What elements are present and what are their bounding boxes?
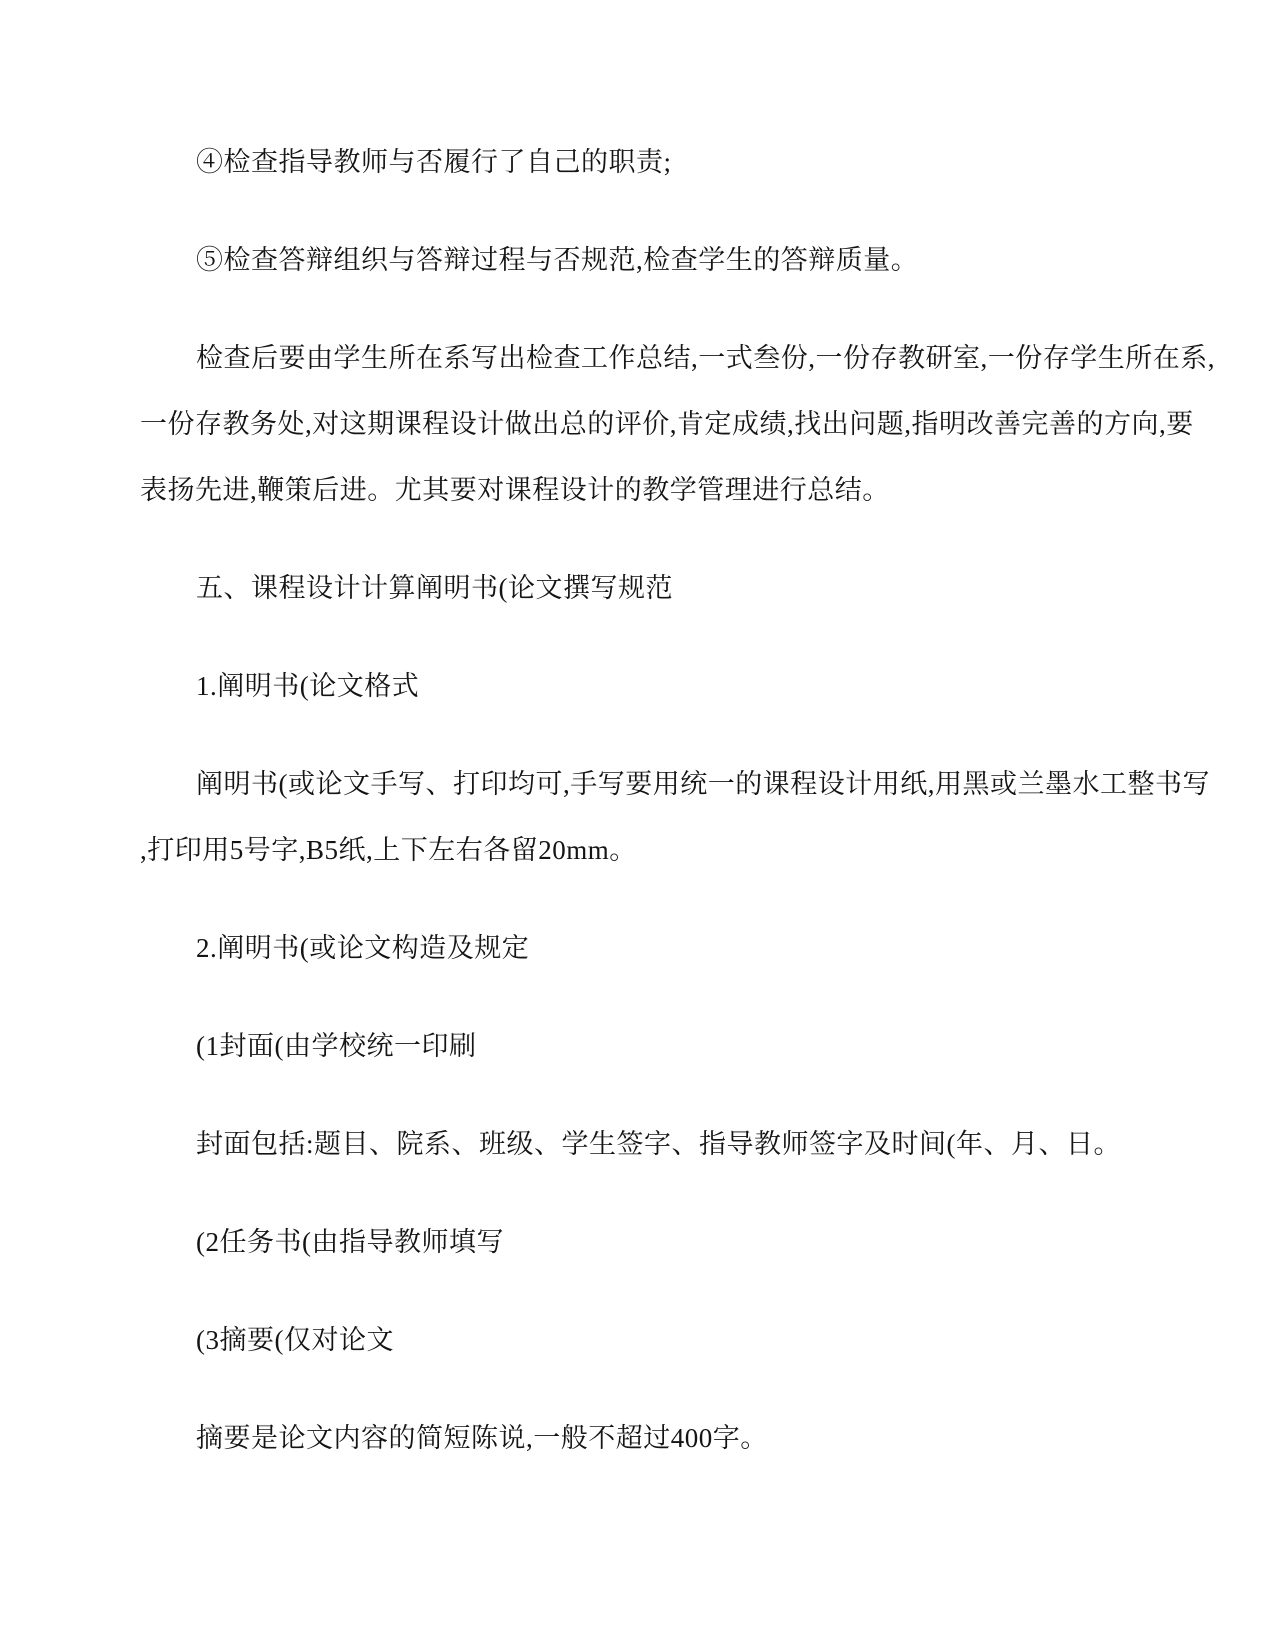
text-line: 检查后要由学生所在系写出检查工作总结,一式叁份,一份存教研室,一份存学生所在系, — [140, 325, 1150, 391]
paragraph: ④检查指导教师与否履行了自己的职责; — [140, 129, 1150, 195]
text-line: 阐明书(或论文手写、打印均可,手写要用统一的课程设计用纸,用黑或兰墨水工整书写 — [140, 751, 1150, 817]
text-line: (2任务书(由指导教师填写 — [140, 1209, 1150, 1275]
text-line: 表扬先进,鞭策后进。尤其要对课程设计的教学管理进行总结。 — [140, 457, 1150, 523]
document-body: ④检查指导教师与否履行了自己的职责;⑤检查答辩组织与答辩过程与否规范,检查学生的… — [140, 129, 1150, 1503]
text-line: 2.阐明书(或论文构造及规定 — [140, 915, 1150, 981]
paragraph: 封面包括:题目、院系、班级、学生签字、指导教师签字及时间(年、月、日。 — [140, 1111, 1150, 1177]
paragraph: (3摘要(仅对论文 — [140, 1307, 1150, 1373]
text-line: 1.阐明书(论文格式 — [140, 653, 1150, 719]
paragraph: 阐明书(或论文手写、打印均可,手写要用统一的课程设计用纸,用黑或兰墨水工整书写,… — [140, 751, 1150, 883]
document-page: ④检查指导教师与否履行了自己的职责;⑤检查答辩组织与答辩过程与否规范,检查学生的… — [0, 0, 1275, 1650]
text-line: ⑤检查答辩组织与答辩过程与否规范,检查学生的答辩质量。 — [140, 227, 1150, 293]
text-line: (1封面(由学校统一印刷 — [140, 1013, 1150, 1079]
paragraph: 五、课程设计计算阐明书(论文撰写规范 — [140, 555, 1150, 621]
text-line: 封面包括:题目、院系、班级、学生签字、指导教师签字及时间(年、月、日。 — [140, 1111, 1150, 1177]
paragraph: 摘要是论文内容的简短陈说,一般不超过400字。 — [140, 1405, 1150, 1471]
paragraph: ⑤检查答辩组织与答辩过程与否规范,检查学生的答辩质量。 — [140, 227, 1150, 293]
paragraph: 2.阐明书(或论文构造及规定 — [140, 915, 1150, 981]
paragraph: (1封面(由学校统一印刷 — [140, 1013, 1150, 1079]
text-line: 一份存教务处,对这期课程设计做出总的评价,肯定成绩,找出问题,指明改善完善的方向… — [140, 391, 1150, 457]
text-line: ,打印用5号字,B5纸,上下左右各留20mm。 — [140, 817, 1150, 883]
text-line: 五、课程设计计算阐明书(论文撰写规范 — [140, 555, 1150, 621]
paragraph: 检查后要由学生所在系写出检查工作总结,一式叁份,一份存教研室,一份存学生所在系,… — [140, 325, 1150, 523]
text-line: ④检查指导教师与否履行了自己的职责; — [140, 129, 1150, 195]
text-line: (3摘要(仅对论文 — [140, 1307, 1150, 1373]
text-line: 摘要是论文内容的简短陈说,一般不超过400字。 — [140, 1405, 1150, 1471]
paragraph: (2任务书(由指导教师填写 — [140, 1209, 1150, 1275]
paragraph: 1.阐明书(论文格式 — [140, 653, 1150, 719]
